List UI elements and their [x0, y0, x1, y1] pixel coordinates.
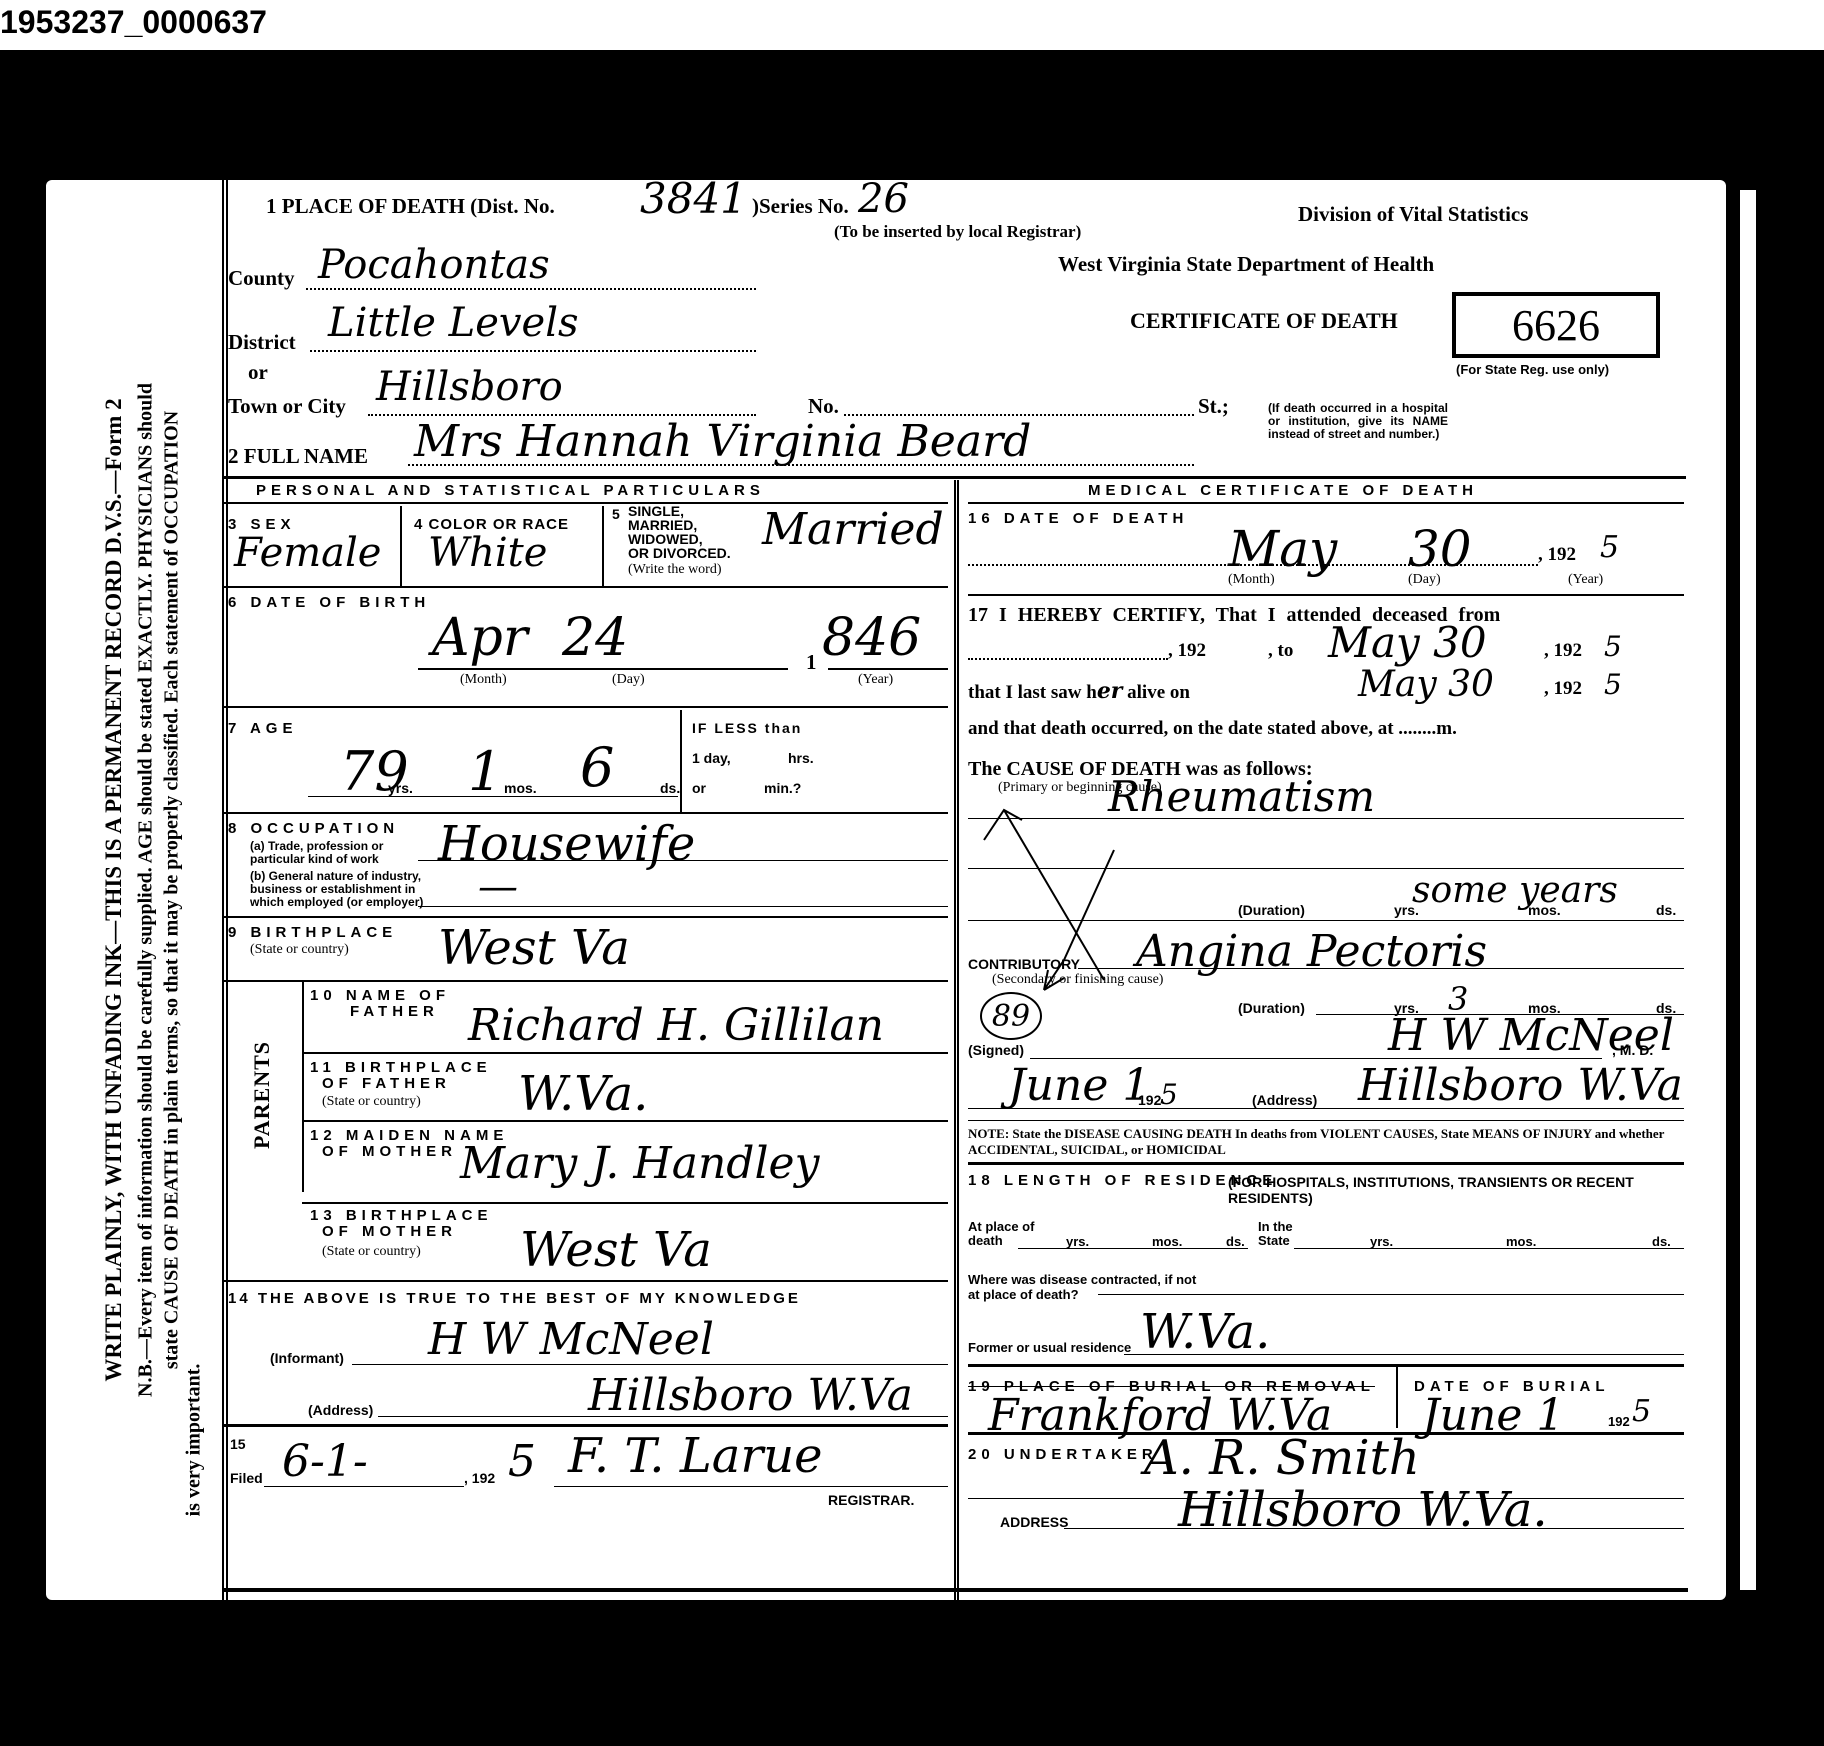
header-divider [222, 476, 1686, 479]
divider [400, 506, 402, 586]
divider [302, 1052, 948, 1054]
filed-year: 5 [508, 1436, 536, 1487]
informant-value: H W McNeel [428, 1314, 714, 1365]
burial-year-prefix: 192 [1608, 1414, 1630, 1429]
registrar-note: (To be inserted by local Registrar) [834, 222, 1081, 242]
divider [308, 796, 678, 797]
father-bp-hint: (State or country) [322, 1094, 421, 1110]
yrs-label: yrs. [1394, 902, 1419, 918]
year-hint: (Year) [858, 672, 893, 688]
divider [302, 1120, 948, 1122]
marital-num: 5 [612, 506, 620, 522]
contributory-cause: Angina Pectoris [1136, 926, 1487, 977]
one-day-label: 1 day, [692, 750, 731, 766]
image-header: 1953237_0000637 [0, 0, 1824, 50]
birthplace-value: West Va [438, 920, 630, 976]
ds-label: ds. [1656, 902, 1676, 918]
father-birthplace-label: 11 BIRTHPLACE OF FATHER [310, 1060, 492, 1092]
district-value: Little Levels [328, 300, 579, 346]
last-saw-pronoun: er [1097, 678, 1123, 704]
divider [968, 1120, 1684, 1121]
divider [222, 916, 948, 918]
mother-birthplace-value: West Va [520, 1222, 712, 1278]
series-label: )Series No. [752, 194, 849, 219]
town-label: Town or City [228, 394, 346, 419]
dist-no-value: 3841 [640, 174, 747, 223]
certify-to-date: May 30 [1328, 618, 1487, 667]
father-bp-line: OF FATHER [310, 1076, 492, 1092]
sidebar-text: WRITE PLAINLY, WITH UNFADING INK—THIS IS… [101, 398, 127, 1381]
if-less-label: IF LESS than [692, 720, 802, 736]
divider [1294, 1248, 1684, 1249]
marital-hint: (Write the word) [628, 562, 722, 578]
certificate-title: CERTIFICATE OF DEATH [1130, 308, 1398, 334]
marital-value: Married [762, 504, 944, 555]
personal-section-title: PERSONAL AND STATISTICAL PARTICULARS [256, 482, 765, 499]
divider [418, 860, 948, 861]
residence-note: (FOR HOSPITALS, INSTITUTIONS, TRANSIENTS… [1228, 1174, 1684, 1206]
ds-label: ds. [660, 780, 680, 796]
marital-option: OR DIVORCED. [628, 546, 731, 560]
county-line [306, 288, 756, 290]
yrs-label: yrs. [388, 780, 413, 796]
undertaker-address-label: ADDRESS [1000, 1514, 1068, 1530]
contributory-label: CONTRIBUTORY [968, 956, 1080, 972]
marital-label: SINGLE, MARRIED, WIDOWED, OR DIVORCED. [628, 504, 731, 560]
parents-label-box: PARENTS [232, 1080, 292, 1110]
father-label-line: 10 NAME OF [310, 988, 450, 1004]
dod-month-hint: (Month) [1228, 572, 1275, 588]
divider [1098, 1294, 1684, 1295]
occupation-label: 8 OCCUPATION [228, 820, 399, 837]
medical-section-title: MEDICAL CERTIFICATE OF DEATH [1088, 482, 1478, 499]
dod-year-hint: (Year) [1568, 572, 1603, 588]
age-days: 6 [580, 736, 614, 799]
or-min-label: or [692, 780, 706, 796]
dob-year-prefix: 1 [806, 650, 817, 675]
dob-label: 6 DATE OF BIRTH [228, 594, 430, 611]
divider [418, 668, 788, 670]
last-saw-text: alive on [1122, 682, 1190, 703]
min-label: min.? [764, 780, 801, 796]
physician-address-label: (Address) [1252, 1092, 1317, 1108]
dob-day: 24 [562, 608, 628, 668]
month-hint: (Month) [460, 672, 507, 688]
last-saw-year-prefix: , 192 [1544, 678, 1582, 700]
divider [968, 502, 1684, 504]
age-label: 7 AGE [228, 720, 297, 737]
at-place-yrs: yrs. [1066, 1234, 1089, 1249]
mother-bp-line: 13 BIRTHPLACE [310, 1208, 493, 1224]
divider [968, 1162, 1684, 1165]
age-months: 1 [468, 740, 502, 803]
divider [222, 706, 948, 708]
last-saw-date: May 30 [1358, 664, 1494, 705]
occupation-b-hint: (b) General nature of industry, business… [250, 870, 440, 909]
mos-label: mos. [504, 780, 537, 796]
last-saw-text: that I last saw h [968, 682, 1097, 703]
mother-bp-hint: (State or country) [322, 1244, 421, 1260]
primary-duration-label: (Duration) [1238, 902, 1305, 918]
dod-month: May [1228, 520, 1337, 578]
divider [1018, 1248, 1248, 1249]
marital-option: MARRIED, [628, 518, 731, 532]
divider [968, 1364, 1684, 1367]
at-place-mos: mos. [1152, 1234, 1182, 1249]
sex-value: Female [234, 530, 381, 576]
at-place-label: At place of death [968, 1220, 1038, 1248]
form-bottom-border [222, 1588, 1688, 1592]
dod-day: 30 [1408, 520, 1472, 578]
image-id: 1953237_0000637 [0, 4, 267, 41]
primary-duration: some years [1412, 870, 1618, 911]
filed-year-prefix: , 192 [464, 1470, 495, 1486]
physician-address: Hillsboro W.Va [1358, 1060, 1683, 1111]
occupation-a-hint: (a) Trade, profession or particular kind… [250, 840, 440, 866]
certify-from-line [968, 658, 1168, 660]
department-title: West Virginia State Department of Health [1058, 252, 1434, 277]
contracted-label: Where was disease contracted, if not at … [968, 1272, 1198, 1302]
at-place-ds: ds. [1226, 1234, 1245, 1249]
town-value: Hillsboro [376, 364, 563, 410]
last-saw-year: 5 [1604, 668, 1622, 701]
divider [222, 812, 948, 814]
informant-label: (Informant) [270, 1350, 344, 1366]
dod-year-prefix: , 192 [1538, 544, 1576, 566]
md-label: , M. D. [1612, 1042, 1653, 1058]
hospital-note: (If death occurred in a hospital or inst… [1268, 402, 1448, 441]
in-state-ds: ds. [1652, 1234, 1671, 1249]
in-state-label: In the State [1258, 1220, 1318, 1248]
divider [602, 506, 604, 586]
sidebar-line-4: is very important. [174, 1290, 214, 1590]
registrar-signature: F. T. Larue [568, 1428, 823, 1484]
dod-label: 16 DATE OF DEATH [968, 510, 1188, 527]
death-occurred-line: and that death occurred, on the date sta… [968, 718, 1457, 740]
last-saw-label: that I last saw her alive on [968, 678, 1190, 704]
sidebar-text: is very important. [183, 1364, 206, 1517]
informant-title: 14 THE ABOVE IS TRUE TO THE BEST OF MY K… [228, 1290, 801, 1307]
place-of-death-label: 1 PLACE OF DEATH (Dist. No. [266, 194, 555, 219]
race-value: White [428, 530, 547, 576]
marital-option: WIDOWED, [628, 532, 731, 546]
divider [680, 710, 682, 812]
divider [968, 594, 1684, 596]
series-no-value: 26 [858, 176, 909, 222]
dob-year: 846 [822, 608, 921, 668]
burial-year: 5 [1632, 1394, 1651, 1429]
note-text: NOTE: State the DISEASE CAUSING DEATH In… [968, 1126, 1684, 1158]
filed-label: Filed [230, 1470, 263, 1486]
divider [418, 906, 948, 907]
mos-label: mos. [1528, 902, 1561, 918]
informant-address-value: Hillsboro W.Va [588, 1370, 913, 1421]
divider [222, 1424, 948, 1427]
full-name-label: 2 FULL NAME [228, 444, 368, 469]
certify-to-label: , to [1268, 640, 1293, 662]
undertaker-label: 20 UNDERTAKER [968, 1446, 1158, 1463]
in-state-yrs: yrs. [1370, 1234, 1393, 1249]
filed-num: 15 [230, 1436, 246, 1452]
certify-to-year-prefix: , 192 [1544, 640, 1582, 662]
street-label: St.; [1198, 394, 1229, 419]
dod-day-hint: (Day) [1408, 572, 1441, 588]
dob-month: Apr [432, 608, 528, 668]
district-line [310, 350, 756, 352]
occupation-b-value: — [478, 864, 518, 910]
mother-bp-line: OF MOTHER [310, 1224, 493, 1240]
former-residence-value: W.Va. [1140, 1304, 1270, 1360]
circled-code: 89 [980, 992, 1042, 1040]
birthplace-label: 9 BIRTHPLACE [228, 924, 397, 941]
paper-edge [1734, 190, 1756, 1590]
divider [302, 1202, 948, 1204]
mother-value: Mary J. Handley [460, 1138, 819, 1189]
or-label: or [248, 360, 268, 385]
father-label: 10 NAME OF FATHER [310, 988, 450, 1020]
sidebar-text: state CAUSE OF DEATH in plain terms, so … [161, 411, 184, 1369]
divider [222, 980, 948, 982]
county-value: Pocahontas [318, 242, 550, 288]
divider [302, 980, 304, 1192]
death-certificate-form: 1 PLACE OF DEATH (Dist. No. 3841 )Series… [222, 180, 1722, 1600]
in-state-mos: mos. [1506, 1234, 1536, 1249]
state-reg-note: (For State Reg. use only) [1456, 362, 1609, 377]
signed-date: June 1 [1008, 1060, 1150, 1111]
circled-code-value: 89 [992, 999, 1030, 1034]
day-hint: (Day) [612, 672, 645, 688]
mother-birthplace-label: 13 BIRTHPLACE OF MOTHER [310, 1208, 493, 1240]
father-bp-line: 11 BIRTHPLACE [310, 1060, 492, 1076]
district-label: District [228, 330, 296, 355]
instructions-sidebar: WRITE PLAINLY, WITH UNFADING INK—THIS IS… [46, 180, 220, 1600]
divider [828, 668, 948, 670]
hrs-label: hrs. [788, 750, 814, 766]
full-name-value: Mrs Hannah Virginia Beard [414, 416, 1031, 467]
father-value: Richard H. Gillilan [468, 1000, 884, 1051]
occupation-value: Housewife [438, 816, 695, 872]
contributory-duration-label: (Duration) [1238, 1000, 1305, 1016]
county-label: County [228, 266, 295, 291]
address-label: (Address) [308, 1402, 373, 1418]
parents-label: PARENTS [249, 1041, 275, 1149]
birthplace-hint: (State or country) [250, 942, 349, 958]
signed-label: (Signed) [968, 1042, 1024, 1058]
father-birthplace-value: W.Va. [518, 1066, 648, 1122]
certify-to-year: 5 [1604, 630, 1622, 663]
filed-date: 6-1- [282, 1436, 368, 1487]
divider [222, 1280, 948, 1282]
former-residence-label: Former or usual residence [968, 1340, 1131, 1355]
signed-year-prefix: 192 [1138, 1092, 1161, 1108]
division-title: Division of Vital Statistics [1298, 202, 1528, 227]
certify-from-year: , 192 [1168, 640, 1206, 662]
divider [554, 1486, 948, 1487]
undertaker-value: A. R. Smith [1144, 1430, 1420, 1486]
column-divider [954, 480, 960, 1600]
dod-year: 5 [1600, 530, 1619, 565]
registrar-label: REGISTRAR. [828, 1492, 914, 1508]
divider [222, 586, 948, 588]
divider [1396, 1366, 1398, 1428]
marital-option: SINGLE, [628, 504, 731, 518]
certificate-number-box: 6626 [1452, 292, 1660, 358]
undertaker-address-value: Hillsboro W.Va. [1178, 1482, 1548, 1538]
father-label-line: FATHER [310, 1004, 450, 1020]
signed-year: 5 [1160, 1078, 1178, 1111]
